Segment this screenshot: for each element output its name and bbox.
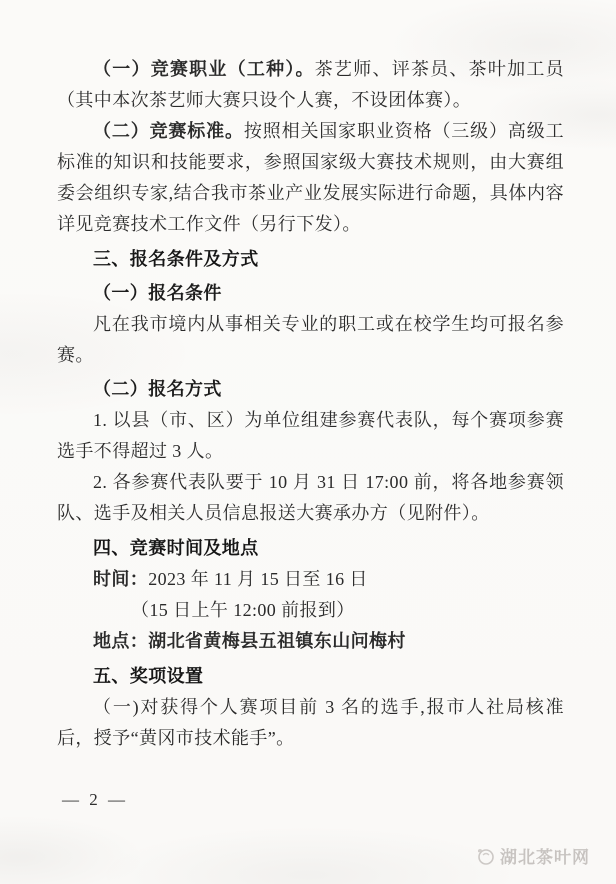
paragraph-lead: 地点： (93, 631, 148, 651)
paragraph-lead: （二）竞赛标准。 (93, 121, 244, 141)
paragraph-text: 湖北省黄梅县五祖镇东山问梅村 (148, 631, 406, 651)
document-body: （一）竞赛职业（工种）。茶艺师、评茶员、茶叶加工员（其中本次茶艺师大赛只设个人赛… (57, 54, 564, 754)
paragraph: （一)对获得个人赛项目前 3 名的选手,报市人社局核准后，授予“黄冈市技术能手”… (57, 692, 564, 754)
paragraph-lead: （一）竞赛职业（工种）。 (93, 59, 315, 79)
paragraph-lead: 时间： (93, 569, 148, 589)
paragraph: 1. 以县（市、区）为单位组建参赛代表队，每个赛项参赛选手不得超过 3 人。 (57, 405, 564, 467)
info-line-continued: （15 日上午 12:00 前报到） (57, 595, 564, 626)
paragraph: （一）竞赛职业（工种）。茶艺师、评茶员、茶叶加工员（其中本次茶艺师大赛只设个人赛… (57, 54, 564, 116)
paragraph: （二）竞赛标准。按照相关国家职业资格（三级）高级工标准的知识和技能要求，参照国家… (57, 116, 564, 240)
watermark: 湖北茶叶网 (475, 843, 590, 868)
paragraph-text: 2023 年 11 月 15 日至 16 日 (148, 569, 368, 589)
paragraph: 凡在我市境内从事相关专业的职工或在校学生均可报名参赛。 (57, 309, 564, 371)
sub-heading: （一）报名条件 (57, 278, 564, 309)
sub-heading: （二）报名方式 (57, 374, 564, 405)
info-line: 地点：湖北省黄梅县五祖镇东山问梅村 (57, 626, 564, 657)
section-heading: 三、报名条件及方式 (57, 244, 564, 275)
page-number: — 2 — (62, 790, 128, 810)
paragraph: 2. 各参赛代表队要于 10 月 31 日 17:00 前，将各地参赛领队、选手… (57, 467, 564, 529)
tea-site-logo-icon (475, 846, 495, 866)
section-heading: 四、竞赛时间及地点 (57, 533, 564, 564)
watermark-label: 湖北茶叶网 (500, 843, 590, 868)
section-heading: 五、奖项设置 (57, 661, 564, 692)
scanned-document-page: （一）竞赛职业（工种）。茶艺师、评茶员、茶叶加工员（其中本次茶艺师大赛只设个人赛… (0, 0, 616, 884)
info-line: 时间：2023 年 11 月 15 日至 16 日 (57, 564, 564, 595)
